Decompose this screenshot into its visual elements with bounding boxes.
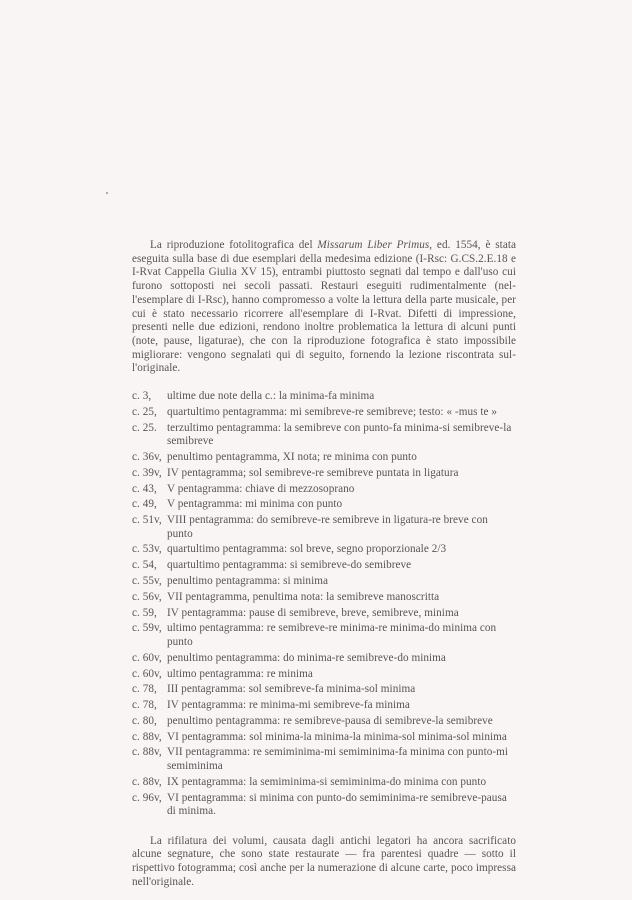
- errata-location: c. 60v,: [132, 652, 167, 666]
- errata-correction: penultimo pentagramma, XI nota; re minim…: [167, 451, 516, 465]
- errata-item: c. 56v,VII pentagramma, penultima nota: …: [132, 591, 516, 605]
- errata-location: c. 36v,: [132, 451, 167, 465]
- errata-correction: IV pentagramma; sol semibreve-re semibre…: [167, 467, 516, 481]
- errata-correction: quartultimo pentagramma: si semibreve-do…: [167, 559, 516, 573]
- errata-location: c. 78,: [132, 683, 167, 697]
- errata-correction: V pentagramma: mi minima con punto: [167, 498, 516, 512]
- intro-text-rest: , ed. 1554, è stata eseguita sulla base …: [132, 239, 516, 374]
- errata-item: c. 53v,quartultimo pentagramma: sol brev…: [132, 543, 516, 557]
- errata-item: c. 25.terzultimo pentagramma: la semibre…: [132, 422, 516, 449]
- errata-location: c. 25,: [132, 406, 167, 420]
- errata-location: c. 43,: [132, 483, 167, 497]
- errata-location: c. 3,: [132, 390, 167, 404]
- errata-item: c. 39v,IV pentagramma; sol semibreve-re …: [132, 467, 516, 481]
- errata-correction: IV pentagramma: pause di semibreve, brev…: [167, 607, 516, 621]
- errata-location: c. 88v,: [132, 731, 167, 745]
- errata-item: c. 78,IV pentagramma: re minima-mi semib…: [132, 699, 516, 713]
- errata-item: c. 55v,penultimo pentagramma: si minima: [132, 575, 516, 589]
- errata-correction: VII pentagramma, penultima nota: la semi…: [167, 591, 516, 605]
- errata-item: c. 88v,VII pentagramma: re semiminima-mi…: [132, 746, 516, 773]
- errata-item: c. 88v,VI pentagramma: sol minima-la min…: [132, 731, 516, 745]
- errata-location: c. 59v,: [132, 622, 167, 649]
- errata-item: c. 59,IV pentagramma: pause di semibreve…: [132, 607, 516, 621]
- errata-correction: penultimo pentagramma: si minima: [167, 575, 516, 589]
- errata-location: c. 88v,: [132, 746, 167, 773]
- errata-list: c. 3,ultime due note della c.: la minima…: [132, 390, 516, 819]
- errata-location: c. 39v,: [132, 467, 167, 481]
- errata-item: c. 88v,IX pentagramma: la semiminima-si …: [132, 776, 516, 790]
- errata-item: c. 51v,VIII pentagramma: do semibreve-re…: [132, 514, 516, 541]
- errata-correction: quartultimo pentagramma: sol breve, segn…: [167, 543, 516, 557]
- errata-correction: IV pentagramma: re minima-mi semibreve-f…: [167, 699, 516, 713]
- errata-item: c. 59v,ultimo pentagramma: re semibreve-…: [132, 622, 516, 649]
- errata-item: c. 80,penultimo pentagramma: re semibrev…: [132, 715, 516, 729]
- errata-location: c. 53v,: [132, 543, 167, 557]
- errata-correction: IX pentagramma: la semiminima-si semimin…: [167, 776, 516, 790]
- errata-location: c. 80,: [132, 715, 167, 729]
- errata-item: c. 49,V pentagramma: mi minima con punto: [132, 498, 516, 512]
- errata-location: c. 25.: [132, 422, 167, 449]
- page-body: La riproduzione fotolitografica del Miss…: [132, 239, 516, 890]
- errata-location: c. 54,: [132, 559, 167, 573]
- errata-location: c. 59,: [132, 607, 167, 621]
- errata-location: c. 51v,: [132, 514, 167, 541]
- intro-paragraph: La riproduzione fotolitografica del Miss…: [132, 239, 516, 376]
- errata-location: c. 96v,: [132, 792, 167, 819]
- paper-speck: [106, 192, 108, 194]
- errata-correction: VI pentagramma: si minima con punto-do s…: [167, 792, 516, 819]
- errata-location: c. 60v,: [132, 668, 167, 682]
- errata-item: c. 3,ultime due note della c.: la minima…: [132, 390, 516, 404]
- errata-location: c. 78,: [132, 699, 167, 713]
- errata-location: c. 55v,: [132, 575, 167, 589]
- errata-correction: ultimo pentagramma: re semibreve-re mini…: [167, 622, 516, 649]
- work-title: Missarum Liber Primus: [317, 239, 429, 251]
- errata-correction: ultime due note della c.: la minima-fa m…: [167, 390, 516, 404]
- errata-correction: V pentagramma: chiave di mezzosoprano: [167, 483, 516, 497]
- errata-correction: VII pentagramma: re semiminima-mi semimi…: [167, 746, 516, 773]
- errata-correction: VI pentagramma: sol minima-la minima-la …: [167, 731, 516, 745]
- errata-correction: terzultimo pentagramma: la semibreve con…: [167, 422, 516, 449]
- errata-correction: ultimo pentagramma: re minima: [167, 668, 516, 682]
- errata-item: c. 43,V pentagramma: chiave di mezzosopr…: [132, 483, 516, 497]
- errata-location: c. 56v,: [132, 591, 167, 605]
- errata-correction: VIII pentagramma: do semibreve-re semibr…: [167, 514, 516, 541]
- errata-correction: penultimo pentagramma: do minima-re semi…: [167, 652, 516, 666]
- errata-item: c. 60v,penultimo pentagramma: do minima-…: [132, 652, 516, 666]
- errata-correction: III pentagramma: sol semibreve-fa minima…: [167, 683, 516, 697]
- errata-item: c. 54,quartultimo pentagramma: si semibr…: [132, 559, 516, 573]
- errata-location: c. 88v,: [132, 776, 167, 790]
- errata-correction: penultimo pentagramma: re semibreve-paus…: [167, 715, 516, 729]
- intro-text-start: La riproduzione fotolitografica del: [150, 239, 317, 251]
- errata-item: c. 78,III pentagramma: sol semibreve-fa …: [132, 683, 516, 697]
- errata-correction: quartultimo pentagramma: mi semibreve-re…: [167, 406, 516, 420]
- closing-paragraph: La rifilatura dei volumi, causata dagli …: [132, 835, 516, 890]
- errata-location: c. 49,: [132, 498, 167, 512]
- errata-item: c. 60v,ultimo pentagramma: re minima: [132, 668, 516, 682]
- errata-item: c. 36v,penultimo pentagramma, XI nota; r…: [132, 451, 516, 465]
- errata-item: c. 25,quartultimo pentagramma: mi semibr…: [132, 406, 516, 420]
- errata-item: c. 96v,VI pentagramma: si minima con pun…: [132, 792, 516, 819]
